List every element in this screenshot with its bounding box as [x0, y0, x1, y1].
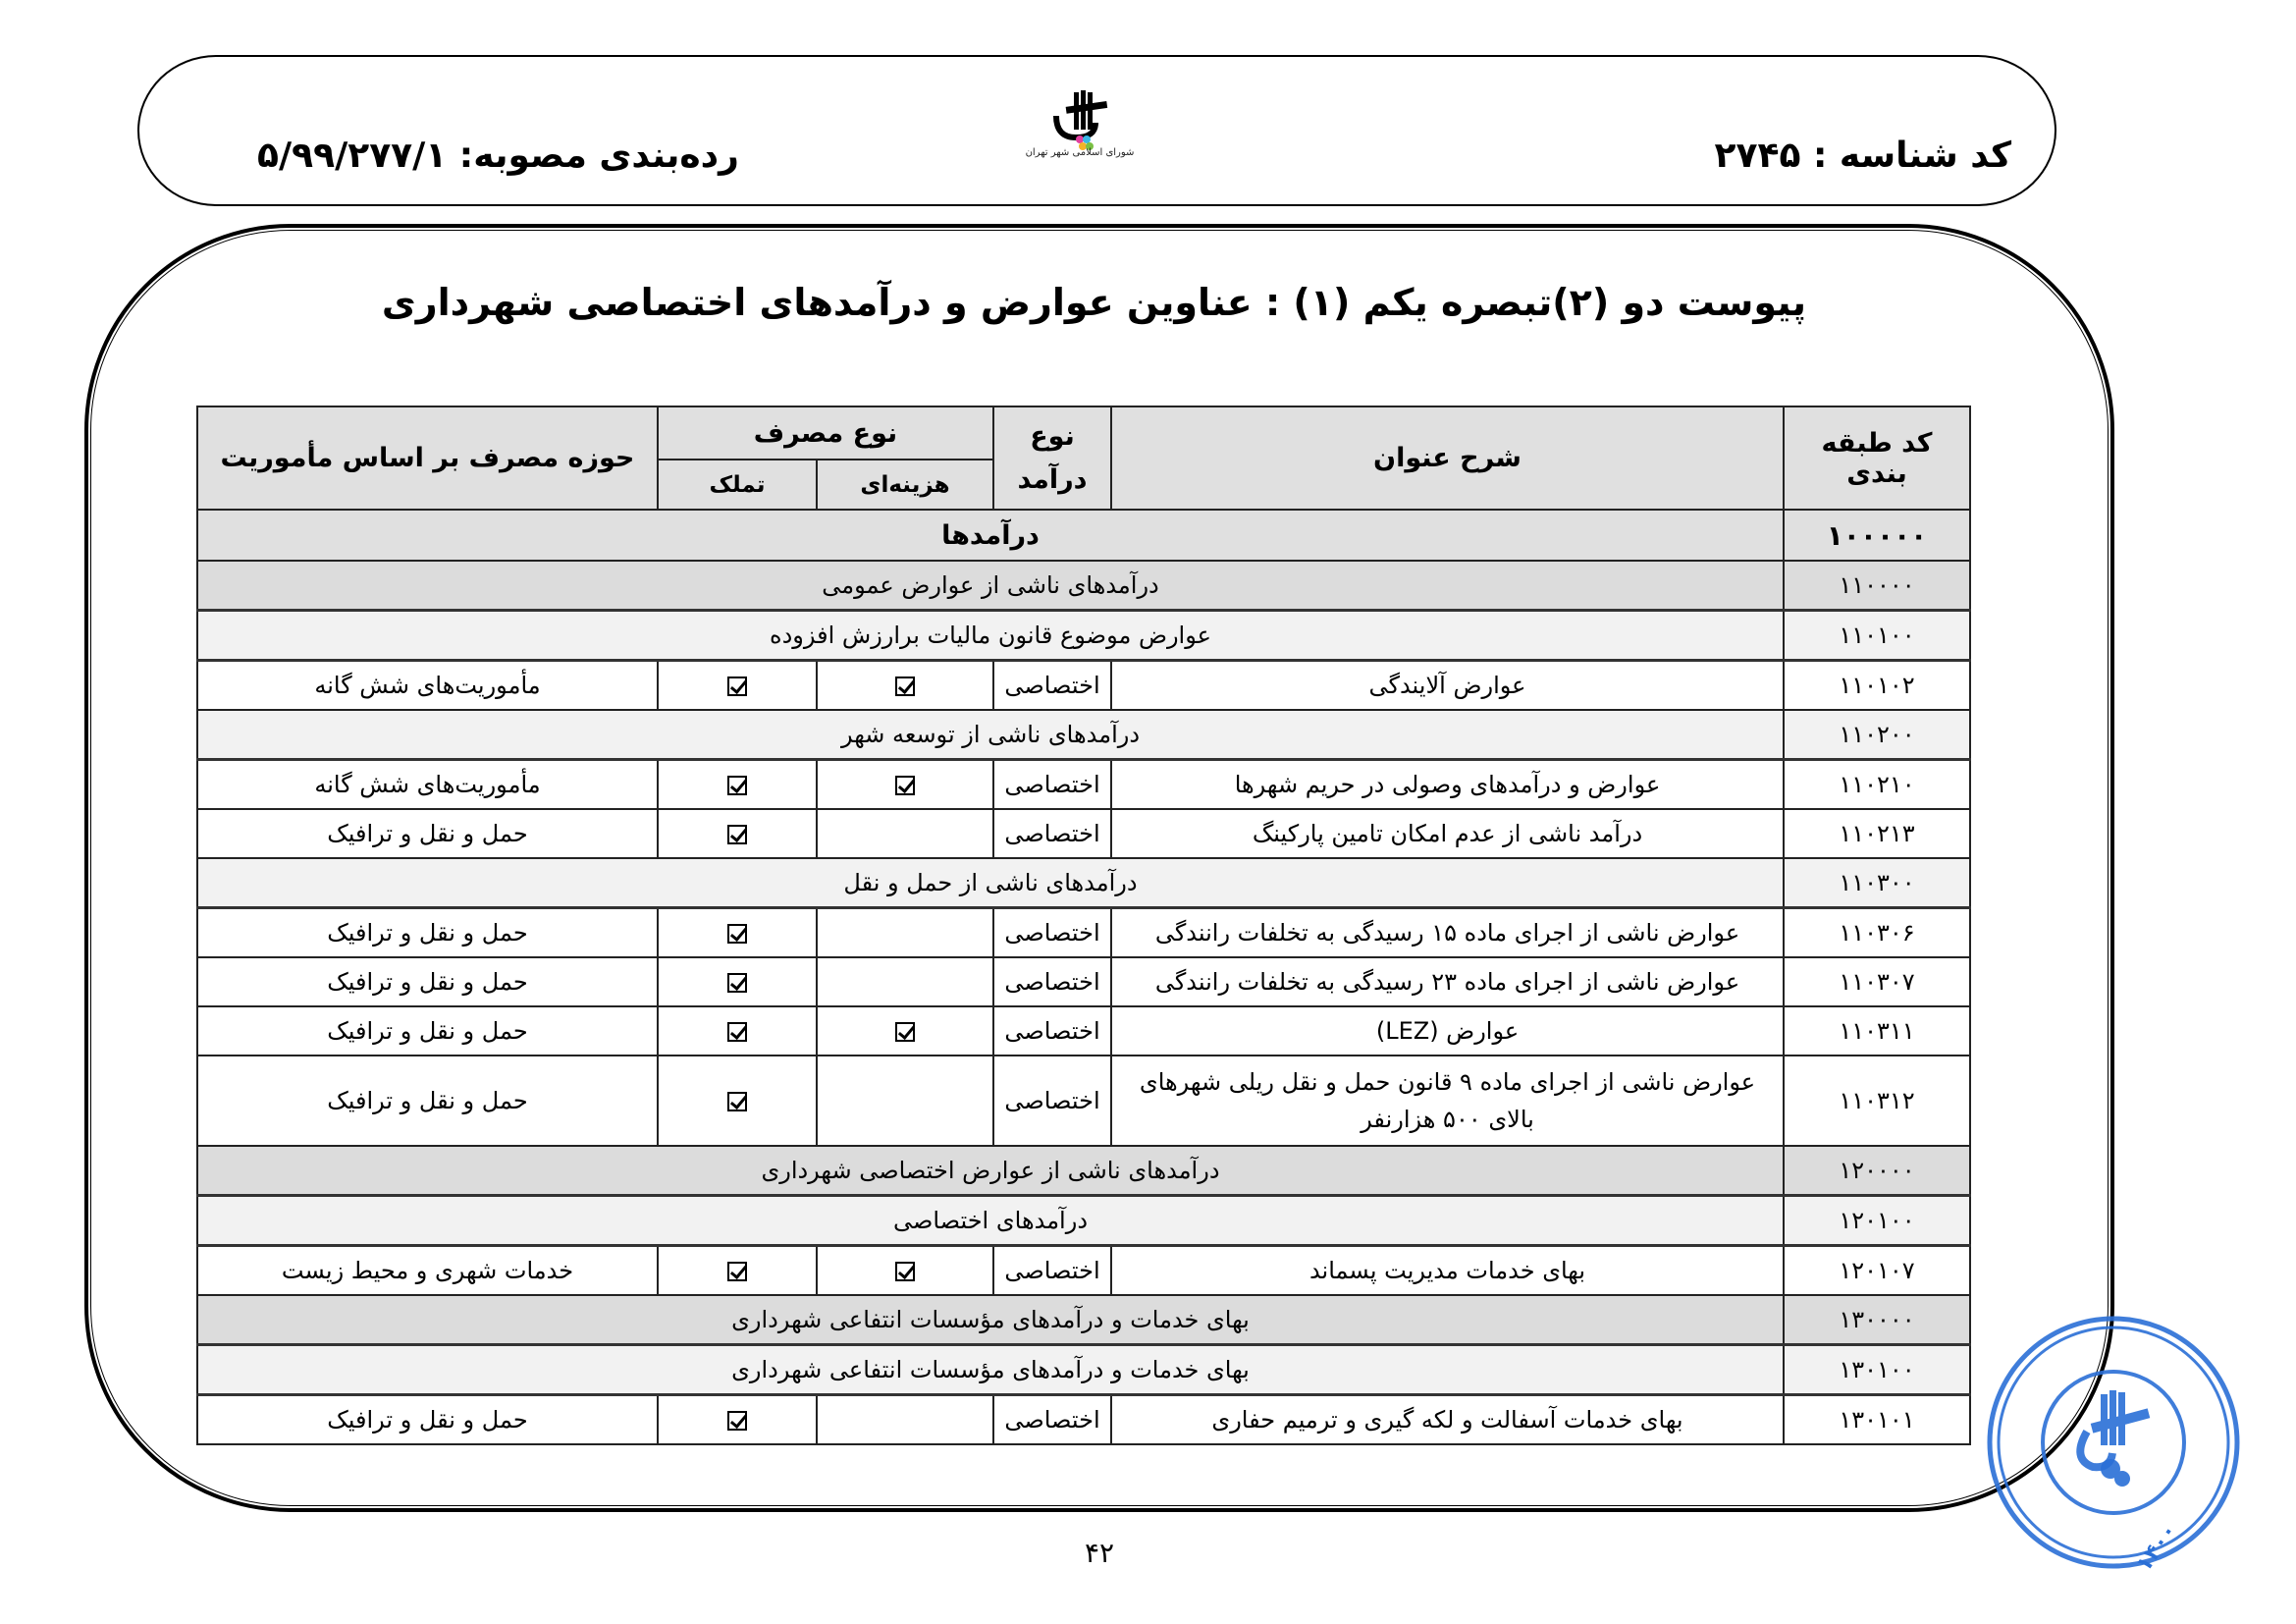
table-row-section: ۱۳۰۱۰۰ بهای خدمات و درآمدهای مؤسسات انتف…	[197, 1345, 1970, 1395]
table-row: ۱۱۰۳۰۷ عوارض ناشی از اجرای ماده ۲۳ رسیدگ…	[197, 957, 1970, 1006]
row-section-title: درآمدهای ناشی از حمل و نقل	[197, 858, 1784, 908]
row-income-type: اختصاصی	[993, 661, 1111, 711]
row-code: ۱۰۰۰۰۰	[1784, 510, 1970, 561]
table-row: ۱۱۰۳۰۶ عوارض ناشی از اجرای ماده ۱۵ رسیدگ…	[197, 908, 1970, 958]
row-usage-capital	[658, 809, 817, 858]
row-description: بهای خدمات آسفالت و لکه گیری و ترمیم حفا…	[1111, 1395, 1784, 1445]
table-row-section: ۱۰۰۰۰۰ درآمدها	[197, 510, 1970, 561]
row-code: ۱۱۰۱۰۰	[1784, 611, 1970, 661]
row-code: ۱۲۰۱۰۰	[1784, 1196, 1970, 1246]
document-title: پیوست دو (۲)تبصره یکم (۱) : عناوین عوارض…	[393, 281, 1806, 324]
row-section-title: درآمدهای ناشی از عوارض اختصاصی شهرداری	[197, 1146, 1784, 1196]
row-usage-capital	[658, 1395, 817, 1445]
table-row: ۱۱۰۳۱۱ عوارض (LEZ) اختصاصی حمل و نقل و ت…	[197, 1006, 1970, 1056]
row-code: ۱۱۰۳۰۶	[1784, 908, 1970, 958]
row-income-type: اختصاصی	[993, 1395, 1111, 1445]
row-description: بهای خدمات مدیریت پسماند	[1111, 1246, 1784, 1296]
table-row: ۱۱۰۲۱۰ عوارض و درآمدهای وصولی در حریم شه…	[197, 760, 1970, 810]
row-usage-capital	[658, 760, 817, 810]
table-row-section: ۱۲۰۱۰۰ درآمدهای اختصاصی	[197, 1196, 1970, 1246]
row-usage-capital	[658, 1006, 817, 1056]
row-description: عوارض ناشی از اجرای ماده ۹ قانون حمل و ن…	[1111, 1056, 1784, 1146]
row-code: ۱۲۰۱۰۷	[1784, 1246, 1970, 1296]
checked-checkbox-icon	[727, 1262, 747, 1281]
row-mission-area: مأموریت‌های شش گانه	[197, 760, 658, 810]
header-code: کد طبقه بندی	[1784, 406, 1970, 510]
row-usage-current	[817, 661, 993, 711]
resolution-classification: رده‌بندی مصوبه: ۵/۹۹/۲۷۷/۱	[257, 135, 739, 176]
row-code: ۱۱۰۳۱۱	[1784, 1006, 1970, 1056]
row-description: عوارض ناشی از اجرای ماده ۲۳ رسیدگی به تخ…	[1111, 957, 1784, 1006]
table-row: ۱۱۰۱۰۲ عوارض آلایندگی اختصاصی مأموریت‌ها…	[197, 661, 1970, 711]
row-mission-area: حمل و نقل و ترافیک	[197, 1006, 658, 1056]
row-code: ۱۳۰۱۰۱	[1784, 1395, 1970, 1445]
table-row: ۱۳۰۱۰۱ بهای خدمات آسفالت و لکه گیری و تر…	[197, 1395, 1970, 1445]
row-description: عوارض آلایندگی	[1111, 661, 1784, 711]
checked-checkbox-icon	[895, 1262, 915, 1281]
table-row: ۱۱۰۳۱۲ عوارض ناشی از اجرای ماده ۹ قانون …	[197, 1056, 1970, 1146]
page-number: ۴۲	[1060, 1537, 1139, 1569]
row-usage-current	[817, 1006, 993, 1056]
council-logo-icon	[1027, 86, 1135, 175]
row-usage-capital	[658, 957, 817, 1006]
checked-checkbox-icon	[727, 973, 747, 993]
checked-checkbox-icon	[727, 825, 747, 844]
row-income-type: اختصاصی	[993, 760, 1111, 810]
row-usage-current	[817, 1056, 993, 1146]
row-income-type: اختصاصی	[993, 1056, 1111, 1146]
row-mission-area: مأموریت‌های شش گانه	[197, 661, 658, 711]
row-income-type: اختصاصی	[993, 809, 1111, 858]
table-row-section: ۱۲۰۰۰۰ درآمدهای ناشی از عوارض اختصاصی شه…	[197, 1146, 1970, 1196]
table-row: ۱۱۰۲۱۳ درآمد ناشی از عدم امکان تامین پار…	[197, 809, 1970, 858]
row-code: ۱۱۰۳۰۷	[1784, 957, 1970, 1006]
header-income-type: نوع درآمد	[993, 406, 1111, 510]
row-income-type: اختصاصی	[993, 908, 1111, 958]
table-body: ۱۰۰۰۰۰ درآمدها ۱۱۰۰۰۰ درآمدهای ناشی از ع…	[197, 510, 1970, 1444]
stamp-year: ۱۴۰۰	[2132, 1519, 2182, 1571]
row-description: عوارض و درآمدهای وصولی در حریم شهرها	[1111, 760, 1784, 810]
row-section-title: درآمدهای اختصاصی	[197, 1196, 1784, 1246]
checked-checkbox-icon	[895, 1022, 915, 1042]
revenue-classification-table: کد طبقه بندی شرح عنوان نوع درآمد نوع مصر…	[198, 406, 1971, 1445]
row-usage-current	[817, 957, 993, 1006]
row-income-type: اختصاصی	[993, 1006, 1111, 1056]
header-mission-area: حوزه مصرف بر اساس مأموریت	[197, 406, 658, 510]
row-section-title: عوارض موضوع قانون مالیات برارزش افزوده	[197, 611, 1784, 661]
checked-checkbox-icon	[727, 924, 747, 944]
row-description: عوارض (LEZ)	[1111, 1006, 1784, 1056]
table-row-section: ۱۱۰۳۰۰ درآمدهای ناشی از حمل و نقل	[197, 858, 1970, 908]
stamp-text: مصوبات شورای اسلامی شهر تهران	[1985, 1314, 1997, 1320]
row-income-type: اختصاصی	[993, 957, 1111, 1006]
checked-checkbox-icon	[895, 776, 915, 795]
row-code: ۱۱۰۲۰۰	[1784, 710, 1970, 760]
row-section-title: بهای خدمات و درآمدهای مؤسسات انتفاعی شهر…	[197, 1295, 1784, 1345]
row-section-title: درآمدهای ناشی از عوارض عمومی	[197, 561, 1784, 611]
header-usage-type: نوع مصرف	[658, 406, 993, 460]
row-mission-area: حمل و نقل و ترافیک	[197, 908, 658, 958]
row-mission-area: خدمات شهری و محیط زیست	[197, 1246, 658, 1296]
checked-checkbox-icon	[727, 1411, 747, 1431]
row-usage-current	[817, 760, 993, 810]
row-section-title: درآمدها	[197, 510, 1784, 561]
row-description: درآمد ناشی از عدم امکان تامین پارکینگ	[1111, 809, 1784, 858]
row-code: ۱۱۰۲۱۰	[1784, 760, 1970, 810]
table-row-section: ۱۱۰۱۰۰ عوارض موضوع قانون مالیات برارزش ا…	[197, 611, 1970, 661]
row-mission-area: حمل و نقل و ترافیک	[197, 957, 658, 1006]
row-usage-capital	[658, 1056, 817, 1146]
row-mission-area: حمل و نقل و ترافیک	[197, 1056, 658, 1146]
table-row-section: ۱۱۰۰۰۰ درآمدهای ناشی از عوارض عمومی	[197, 561, 1970, 611]
row-section-title: بهای خدمات و درآمدهای مؤسسات انتفاعی شهر…	[197, 1345, 1784, 1395]
row-usage-current	[817, 809, 993, 858]
row-code: ۱۳۰۱۰۰	[1784, 1345, 1970, 1395]
row-code: ۱۱۰۲۱۳	[1784, 809, 1970, 858]
row-section-title: درآمدهای ناشی از توسعه شهر	[197, 710, 1784, 760]
row-mission-area: حمل و نقل و ترافیک	[197, 1395, 658, 1445]
checked-checkbox-icon	[727, 677, 747, 696]
row-usage-current	[817, 1395, 993, 1445]
row-usage-current	[817, 908, 993, 958]
row-usage-capital	[658, 1246, 817, 1296]
row-usage-capital	[658, 661, 817, 711]
table-row-section: ۱۱۰۲۰۰ درآمدهای ناشی از توسعه شهر	[197, 710, 1970, 760]
row-code: ۱۱۰۳۰۰	[1784, 858, 1970, 908]
header-usage-capital: تملک	[658, 460, 817, 510]
row-usage-current	[817, 1246, 993, 1296]
row-code: ۱۱۰۳۱۲	[1784, 1056, 1970, 1146]
checked-checkbox-icon	[727, 776, 747, 795]
row-income-type: اختصاصی	[993, 1246, 1111, 1296]
header-description: شرح عنوان	[1111, 406, 1784, 510]
header-usage-current: هزینه‌ای	[817, 460, 993, 510]
row-code: ۱۱۰۱۰۲	[1784, 661, 1970, 711]
council-approval-stamp-icon: مصوبات شورای اسلامی شهر تهران ۱۴۰۰	[1985, 1314, 2242, 1571]
row-mission-area: حمل و نقل و ترافیک	[197, 809, 658, 858]
council-logo-caption: شورای اسلامی شهر تهران	[1021, 147, 1139, 158]
row-usage-capital	[658, 908, 817, 958]
table-row-section: ۱۳۰۰۰۰ بهای خدمات و درآمدهای مؤسسات انتف…	[197, 1295, 1970, 1345]
checked-checkbox-icon	[895, 677, 915, 696]
table-row: ۱۲۰۱۰۷ بهای خدمات مدیریت پسماند اختصاصی …	[197, 1246, 1970, 1296]
row-description: عوارض ناشی از اجرای ماده ۱۵ رسیدگی به تخ…	[1111, 908, 1784, 958]
checked-checkbox-icon	[727, 1092, 747, 1111]
checked-checkbox-icon	[727, 1022, 747, 1042]
row-code: ۱۳۰۰۰۰	[1784, 1295, 1970, 1345]
document-id-code: کد شناسه : ۲۷۴۵	[1715, 135, 2011, 176]
row-code: ۱۲۰۰۰۰	[1784, 1146, 1970, 1196]
row-code: ۱۱۰۰۰۰	[1784, 561, 1970, 611]
svg-text:مصوبات شورای اسلامی شهر تهران: مصوبات شورای اسلامی شهر تهران	[1985, 1314, 1997, 1320]
